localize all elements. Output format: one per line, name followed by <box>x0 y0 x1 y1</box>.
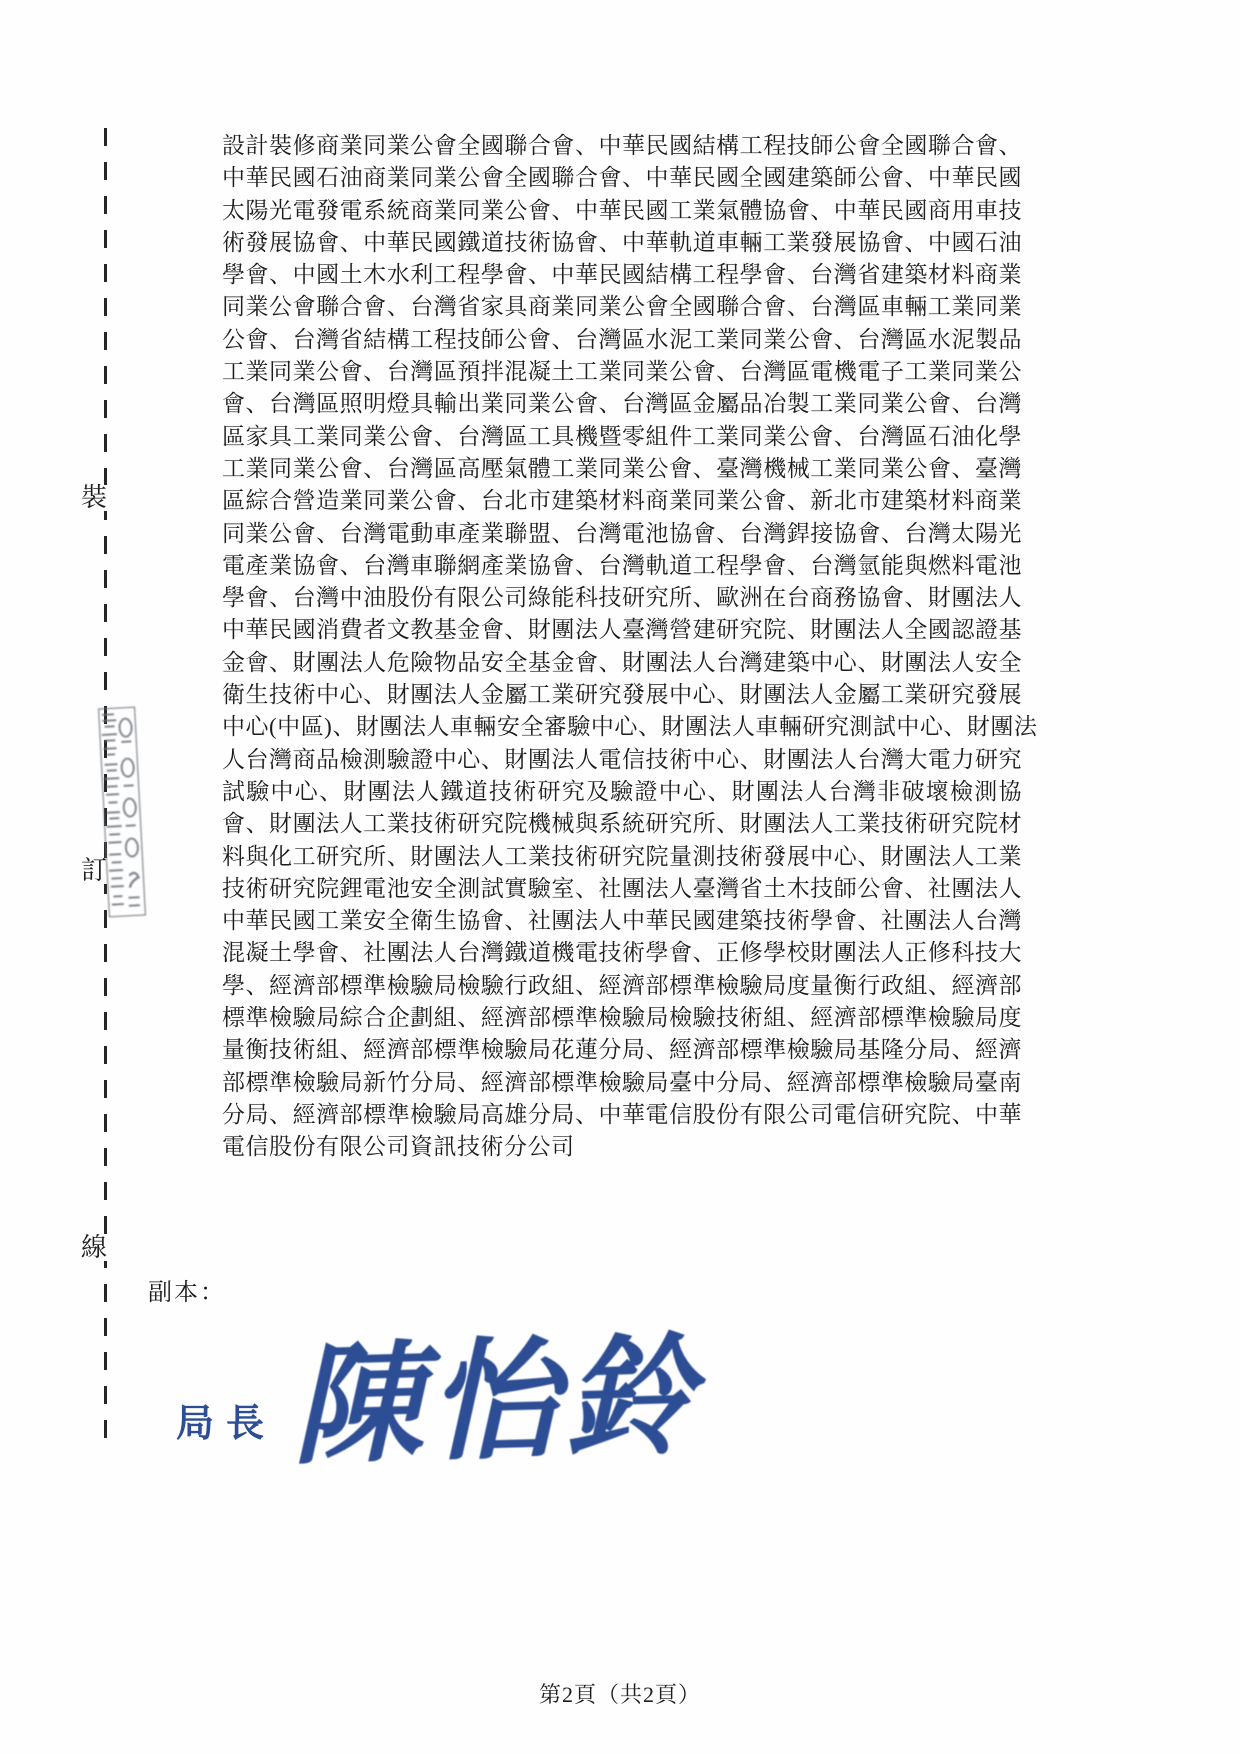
recipient-line: 公會、台灣省結構工程技師公會、台灣區水泥工業同業公會、台灣區水泥製品 <box>222 324 1022 356</box>
recipient-line: 料與化工研究所、財團法人工業技術研究院量測技術發展中心、財團法人工業 <box>222 841 1022 873</box>
director-general-signature: 陳怡鈴 <box>290 1323 702 1484</box>
page-number: 第2頁（共2頁） <box>0 1678 1240 1709</box>
binding-mark-xian: 線 <box>79 1235 109 1261</box>
recipient-line: 技術研究院鋰電池安全測試實驗室、社團法人臺灣省土木技師公會、社團法人 <box>222 873 1022 905</box>
binding-mark-zhuang: 裝 <box>79 485 109 511</box>
recipients-block: 設計裝修商業同業公會全國聯合會、中華民國結構工程技師公會全國聯合會、中華民國石油… <box>222 130 1022 1164</box>
recipient-line: 學會、中國土木水利工程學會、中華民國結構工程學會、台灣省建築材料商業 <box>222 259 1022 291</box>
received-stamp <box>94 705 149 919</box>
recipient-line: 電產業協會、台灣車聯網產業協會、台灣軌道工程學會、台灣氫能與燃料電池 <box>222 550 1022 582</box>
recipient-line: 量衡技術組、經濟部標準檢驗局花蓮分局、經濟部標準檢驗局基隆分局、經濟 <box>222 1034 1022 1066</box>
director-general-title: 局長 <box>176 1392 276 1447</box>
recipient-line: 金會、財團法人危險物品安全基金會、財團法人台灣建築中心、財團法人安全 <box>222 647 1022 679</box>
document-page: 裝 訂 線 設計裝修商業同業公會全國聯合會、中華民國結構工程技師公會全國聯合會、… <box>0 0 1240 1754</box>
recipient-line: 學、經濟部標準檢驗局檢驗行政組、經濟部標準檢驗局度量衡行政組、經濟部 <box>222 970 1022 1002</box>
recipient-line: 衛生技術中心、財團法人金屬工業研究發展中心、財團法人金屬工業研究發展 <box>222 679 1022 711</box>
recipient-line: 工業同業公會、台灣區預拌混凝土工業同業公會、台灣區電機電子工業同業公 <box>222 356 1022 388</box>
recipient-line: 分局、經濟部標準檢驗局高雄分局、中華電信股份有限公司電信研究院、中華 <box>222 1099 1022 1131</box>
recipient-line: 會、財團法人工業技術研究院機械與系統研究所、財團法人工業技術研究院材 <box>222 808 1022 840</box>
recipient-line: 太陽光電發電系統商業同業公會、中華民國工業氣體協會、中華民國商用車技 <box>222 195 1022 227</box>
recipient-line: 區綜合營造業同業公會、台北市建築材料商業同業公會、新北市建築材料商業 <box>222 485 1022 517</box>
recipient-line: 中心(中區)、財團法人車輛安全審驗中心、財團法人車輛研究測試中心、財團法 <box>222 711 1022 743</box>
recipient-line: 標準檢驗局綜合企劃組、經濟部標準檢驗局檢驗技術組、經濟部標準檢驗局度 <box>222 1002 1022 1034</box>
recipient-line: 人台灣商品檢測驗證中心、財團法人電信技術中心、財團法人台灣大電力研究 <box>222 744 1022 776</box>
recipient-line: 設計裝修商業同業公會全國聯合會、中華民國結構工程技師公會全國聯合會、 <box>222 130 1022 162</box>
copy-label: 副本： <box>148 1272 226 1307</box>
recipient-line: 同業公會聯合會、台灣省家具商業同業公會全國聯合會、台灣區車輛工業同業 <box>222 291 1022 323</box>
recipient-line: 區家具工業同業公會、台灣區工具機暨零組件工業同業公會、台灣區石油化學 <box>222 421 1022 453</box>
recipient-line: 工業同業公會、台灣區高壓氣體工業同業公會、臺灣機械工業同業公會、臺灣 <box>222 453 1022 485</box>
recipient-line: 部標準檢驗局新竹分局、經濟部標準檢驗局臺中分局、經濟部標準檢驗局臺南 <box>222 1067 1022 1099</box>
recipient-line: 電信股份有限公司資訊技術分公司 <box>222 1131 1022 1163</box>
recipient-line: 學會、台灣中油股份有限公司綠能科技研究所、歐洲在台商務協會、財團法人 <box>222 582 1022 614</box>
recipient-line: 混凝土學會、社團法人台灣鐵道機電技術學會、正修學校財團法人正修科技大 <box>222 937 1022 969</box>
recipient-line: 術發展協會、中華民國鐵道技術協會、中華軌道車輛工業發展協會、中國石油 <box>222 227 1022 259</box>
recipient-line: 同業公會、台灣電動車產業聯盟、台灣電池協會、台灣銲接協會、台灣太陽光 <box>222 518 1022 550</box>
recipient-line: 試驗中心、財團法人鐵道技術研究及驗證中心、財團法人台灣非破壞檢測協 <box>222 776 1022 808</box>
recipient-line: 中華民國石油商業同業公會全國聯合會、中華民國全國建築師公會、中華民國 <box>222 162 1022 194</box>
recipient-line: 中華民國消費者文教基金會、財團法人臺灣營建研究院、財團法人全國認證基 <box>222 614 1022 646</box>
recipient-line: 會、台灣區照明燈具輸出業同業公會、台灣區金屬品冶製工業同業公會、台灣 <box>222 388 1022 420</box>
recipient-line: 中華民國工業安全衛生協會、社團法人中華民國建築技術學會、社團法人台灣 <box>222 905 1022 937</box>
